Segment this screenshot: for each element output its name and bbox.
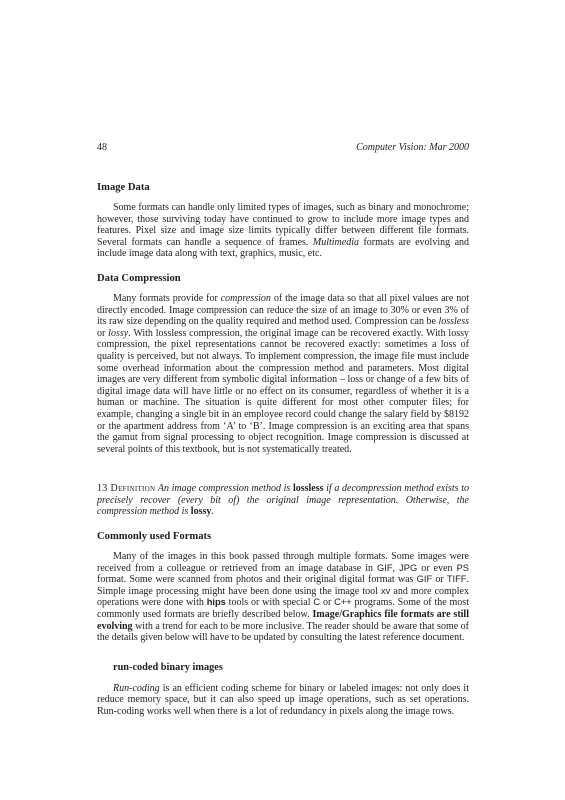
text-run: Multimedia xyxy=(313,237,359,248)
page-content: Image DataSome formats can handle only l… xyxy=(97,182,469,718)
text-run: Image Data xyxy=(97,182,150,193)
text-run: or xyxy=(320,597,334,608)
text-run: Many formats provide for xyxy=(113,293,221,304)
text-run: or xyxy=(97,328,108,339)
text-run: lossy xyxy=(108,328,128,339)
paragraph: Many of the images in this book passed t… xyxy=(97,551,469,644)
text-run: Commonly used Formats xyxy=(97,531,211,542)
text-run: or even xyxy=(417,563,456,574)
text-run: hips xyxy=(207,597,226,607)
document-page: 48 Computer Vision: Mar 2000 Image DataS… xyxy=(97,142,469,720)
text-run: . xyxy=(211,506,214,517)
text-run: . With lossless compression, the origina… xyxy=(97,328,469,455)
running-title: Computer Vision: Mar 2000 xyxy=(356,142,469,154)
text-run: 13 Definition xyxy=(97,483,155,494)
paragraph: Some formats can handle only limited typ… xyxy=(97,202,469,260)
heading: Image Data xyxy=(97,182,469,194)
text-run: lossy xyxy=(191,506,212,517)
paragraph: Run-coding is an efficient coding scheme… xyxy=(97,683,469,718)
page-number: 48 xyxy=(97,142,107,154)
text-run: GIF xyxy=(417,574,433,584)
text-run: TIFF xyxy=(447,574,467,584)
text-run: C++ xyxy=(334,597,352,607)
text-run: run-coded binary images xyxy=(113,662,223,673)
text-run: PS xyxy=(457,563,469,573)
text-run: JPG xyxy=(399,563,417,573)
paragraph: Many formats provide for compression of … xyxy=(97,293,469,455)
text-run: An image compression method is xyxy=(155,483,293,494)
text-run: tools or with special xyxy=(226,597,314,608)
page-header: 48 Computer Vision: Mar 2000 xyxy=(97,142,469,154)
text-run: or xyxy=(432,574,447,585)
text-run: with a trend for each to be more inclusi… xyxy=(97,621,469,644)
text-run: Data Compression xyxy=(97,273,181,284)
text-run: xv xyxy=(381,586,390,596)
text-run: format. Some were scanned from photos an… xyxy=(97,574,417,585)
text-run: compression xyxy=(221,293,271,304)
text-run: lossless xyxy=(293,483,324,494)
text-run: GIF xyxy=(377,563,393,573)
subheading: run-coded binary images xyxy=(113,662,469,674)
heading: Commonly used Formats xyxy=(97,531,469,543)
definition: 13 Definition An image compression metho… xyxy=(97,483,469,518)
text-run: lossless xyxy=(438,316,469,327)
text-run: Run-coding xyxy=(113,683,160,694)
heading: Data Compression xyxy=(97,273,469,285)
